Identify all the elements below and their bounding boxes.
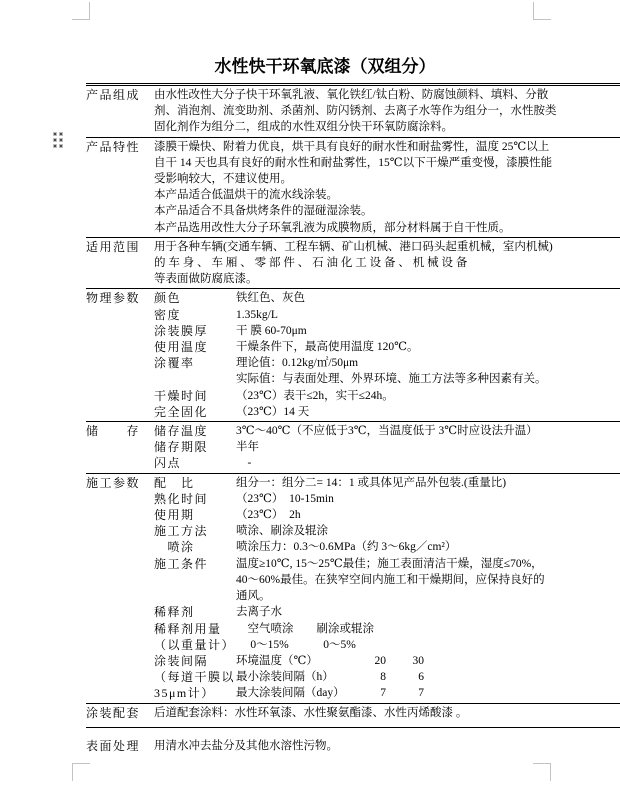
section-product-features: 产品特性漆膜干燥快、附着力优良，烘干具有良好的耐水性和耐盐雾性，温度 25℃以上…: [86, 138, 620, 238]
text-line: 固化剂作为组分二，组成的水性双组分快干环氧防腐涂料。: [154, 119, 620, 135]
param-value: 干燥条件下，最高使用温度 120℃。: [236, 339, 620, 355]
section-label: 施工参数: [86, 475, 154, 702]
param-label: 闪点: [154, 455, 236, 471]
text-line: 0～15% 0～5%: [236, 637, 620, 653]
param-row: 闪点 -: [154, 455, 620, 471]
param-value: 组分一：组分二= 14：1 或具体见产品外包装.(重量比): [236, 475, 620, 491]
param-value: 喷涂压力：0.3～0.6MPa（约 3～6kg／cm²）: [236, 539, 620, 555]
section-label: 适用范围: [86, 239, 154, 288]
section-product-composition: 产品组成由水性改性大分子快干环氧乳液、氧化铁红/钛白粉、防腐蚀颜料、填料、分散剂…: [86, 83, 620, 138]
param-value: 后道配套涂料：水性环氧漆、水性聚氨酯漆、水性丙烯酸漆 。: [154, 705, 620, 721]
interval-value: 7: [356, 685, 386, 701]
text-line: 喷涂、刷涂及辊涂: [236, 523, 620, 539]
section-application-scope: 适用范围用于各种车辆(交通车辆、工程车辆、矿山机械、港口码头起重机械，室内机械)…: [86, 238, 620, 290]
param-row: 喷涂喷涂压力：0.3～0.6MPa（约 3～6kg／cm²）: [154, 539, 620, 555]
interval-value: 8: [356, 669, 386, 685]
param-row: 熟化时间（23℃） 10-15min: [154, 491, 620, 507]
param-row: 由水性改性大分子快干环氧乳液、氧化铁红/钛白粉、防腐蚀颜料、填料、分散剂、消泡剂…: [154, 87, 620, 136]
param-label: 储存温度: [154, 423, 236, 439]
section-physical-parameters: 物理参数颜色铁红色、灰色密度1.35kg/L涂装膜厚干 膜 60-70μm使用温…: [86, 289, 620, 422]
param-row: 施工条件温度≥10℃, 15～25℃最佳；施工表面清洁干燥，湿度≤70%，40～…: [154, 556, 620, 605]
interval-row-label: 最小涂装间隔（h）: [236, 669, 356, 685]
text-line: 用于各种车辆(交通车辆、工程车辆、矿山机械、港口码头起重机械，室内机械): [154, 239, 620, 255]
section-label: 涂装配套: [86, 705, 154, 721]
param-value: 环境温度（℃）2030: [236, 653, 620, 669]
section-application-parameters: 施工参数配 比组分一：组分二= 14：1 或具体见产品外包装.(重量比)熟化时间…: [86, 474, 620, 704]
text-boundary-mark-top-right: [533, 2, 551, 20]
text-line: 空气喷涂 刷涂或辊涂: [236, 621, 620, 637]
param-row: 用于各种车辆(交通车辆、工程车辆、矿山机械、港口码头起重机械，室内机械)的 车 …: [154, 239, 620, 288]
text-line: 的 车 身 、 车 厢 、 零 部 件 、 石 油 化 工 设 备 、 机 械 …: [154, 255, 620, 271]
param-row: 储存温度3℃～40℃（不应低于3℃，当温度低于 3℃时应设法升温）: [154, 423, 620, 439]
text-line: 3℃～40℃（不应低于3℃，当温度低于 3℃时应设法升温）: [236, 423, 620, 439]
text-line: 半年: [236, 439, 620, 455]
param-label: 使用期: [154, 507, 236, 523]
text-line: 温度≥10℃, 15～25℃最佳；施工表面清洁干燥，湿度≤70%，: [236, 556, 620, 572]
param-row: （每道干膜以最小涂装间隔（h）86: [154, 669, 620, 685]
spec-table: 产品组成由水性改性大分子快干环氧乳液、氧化铁红/钛白粉、防腐蚀颜料、填料、分散剂…: [86, 83, 620, 755]
param-value: 漆膜干燥快、附着力优良，烘干具有良好的耐水性和耐盐雾性，温度 25℃以上自干 1…: [154, 139, 620, 236]
text-line: 通风。: [236, 588, 620, 604]
text-line: -: [236, 455, 620, 471]
param-label: 配 比: [154, 475, 236, 491]
param-label: 稀释剂: [154, 604, 236, 620]
text-line: 40～60%最佳。在狭窄空间内施工和干燥期间，应保持良好的: [236, 572, 620, 588]
text-line: 组分一：组分二= 14：1 或具体见产品外包装.(重量比): [236, 475, 620, 491]
param-row: 涂装间隔环境温度（℃）2030: [154, 653, 620, 669]
param-row: 密度1.35kg/L: [154, 307, 620, 323]
text-line: 剂、消泡剂、流变助剂、杀菌剂、防闪锈剂、去离子水等作为组分一，水性胺类: [154, 103, 620, 119]
param-value: （23℃） 2h: [236, 507, 620, 523]
param-value: （23℃）14 天: [236, 404, 620, 420]
param-value: 铁红色、灰色: [236, 290, 620, 306]
param-row: 储存期限半年: [154, 439, 620, 455]
param-row: 稀释剂用量 空气喷涂 刷涂或辊涂: [154, 621, 620, 637]
param-label: 施工方法: [154, 523, 236, 539]
text-line: 自干 14 天也具有良好的耐水性和耐盐雾性，15℃以下干燥严重变慢，漆膜性能: [154, 155, 620, 171]
text-line: 去离子水: [236, 604, 620, 620]
interval-row-label: 最大涂装间隔（day）: [236, 685, 356, 701]
param-row: 涂覆率理论值：0.12kg/㎡/50μm实际值：与表面处理、外界环境、施工方法等…: [154, 355, 620, 387]
param-label: 35μm计）: [154, 685, 236, 701]
param-label: （以重量计）: [154, 637, 236, 653]
param-label: 颜色: [154, 290, 236, 306]
param-row: 使用期（23℃） 2h: [154, 507, 620, 523]
param-row: 漆膜干燥快、附着力优良，烘干具有良好的耐水性和耐盐雾性，温度 25℃以上自干 1…: [154, 139, 620, 236]
param-value: 去离子水: [236, 604, 620, 620]
text-line: （23℃）表干≤2h，实干≤24h。: [236, 388, 620, 404]
param-value: 理论值：0.12kg/㎡/50μm实际值：与表面处理、外界环境、施工方法等多种因…: [236, 355, 620, 387]
interval-value: 20: [356, 653, 386, 669]
text-line: （23℃） 10-15min: [236, 491, 620, 507]
section-label: 物理参数: [86, 290, 154, 420]
section-label: 表面处理: [86, 738, 154, 754]
param-label: 涂装膜厚: [154, 323, 236, 339]
text-line: 受影响较大，不建议使用。: [154, 171, 620, 187]
param-label: 喷涂: [154, 539, 236, 555]
text-line: 本产品适合低温烘干的流水线涂装。: [154, 187, 620, 203]
section-label: 产品特性: [86, 139, 154, 236]
param-label: 使用温度: [154, 339, 236, 355]
interval-row-label: 环境温度（℃）: [236, 653, 356, 669]
text-line: 干 膜 60-70μm: [236, 323, 620, 339]
interval-value: 7: [386, 685, 424, 701]
param-row: （以重量计） 0～15% 0～5%: [154, 637, 620, 653]
param-value: 用于各种车辆(交通车辆、工程车辆、矿山机械、港口码头起重机械，室内机械)的 车 …: [154, 239, 620, 288]
param-label: 完全固化: [154, 404, 236, 420]
param-value: 0～15% 0～5%: [236, 637, 620, 653]
interval-value: 6: [386, 669, 424, 685]
param-row: 颜色铁红色、灰色: [154, 290, 620, 306]
six-dot-handle-icon[interactable]: [54, 133, 64, 148]
param-value: -: [236, 455, 620, 471]
param-value: 最大涂装间隔（day）77: [236, 685, 620, 701]
text-line: 等表面做防腐底漆。: [154, 271, 620, 287]
section-surface-treatment: 表面处理用清水冲去盐分及其他水溶性污物。: [86, 728, 620, 755]
param-value: 用清水冲去盐分及其他水溶性污物。: [154, 738, 620, 754]
text-line: 由水性改性大分子快干环氧乳液、氧化铁红/钛白粉、防腐蚀颜料、填料、分散: [154, 87, 620, 103]
text-boundary-mark-bottom-left: [72, 763, 90, 781]
param-value: 温度≥10℃, 15～25℃最佳；施工表面清洁干燥，湿度≤70%，40～60%最…: [236, 556, 620, 605]
text-line: 本产品适合不具备烘烤条件的湿碰湿涂装。: [154, 203, 620, 219]
param-row: 后道配套涂料：水性环氧漆、水性聚氨酯漆、水性丙烯酸漆 。: [154, 705, 620, 721]
text-line: （23℃）14 天: [236, 404, 620, 420]
param-value: 最小涂装间隔（h）86: [236, 669, 620, 685]
param-value: 3℃～40℃（不应低于3℃，当温度低于 3℃时应设法升温）: [236, 423, 620, 439]
text-line: 漆膜干燥快、附着力优良，烘干具有良好的耐水性和耐盐雾性，温度 25℃以上: [154, 139, 620, 155]
text-boundary-mark-top-left: [72, 2, 90, 20]
param-row: 施工方法喷涂、刷涂及辊涂: [154, 523, 620, 539]
text-line: 用清水冲去盐分及其他水溶性污物。: [154, 738, 620, 754]
param-value: 半年: [236, 439, 620, 455]
document-page: 水性快干环氧底漆（双组分） 产品组成由水性改性大分子快干环氧乳液、氧化铁红/钛白…: [0, 0, 620, 787]
param-label: 稀释剂用量: [154, 621, 236, 637]
param-row: 稀释剂去离子水: [154, 604, 620, 620]
text-line: 本产品选用改性大分子环氧乳液为成膜物质，部分材料属于自干性质。: [154, 220, 620, 236]
section-label: 储 存: [86, 423, 154, 472]
param-value: （23℃） 10-15min: [236, 491, 620, 507]
param-value: 空气喷涂 刷涂或辊涂: [236, 621, 620, 637]
param-label: （每道干膜以: [154, 669, 236, 685]
param-row: 涂装膜厚干 膜 60-70μm: [154, 323, 620, 339]
text-boundary-mark-bottom-right: [533, 763, 551, 781]
param-row: 使用温度干燥条件下，最高使用温度 120℃。: [154, 339, 620, 355]
param-label: 密度: [154, 307, 236, 323]
param-row: 用清水冲去盐分及其他水溶性污物。: [154, 738, 620, 754]
section-storage: 储 存储存温度3℃～40℃（不应低于3℃，当温度低于 3℃时应设法升温）储存期限…: [86, 422, 620, 474]
interval-value: 30: [386, 653, 424, 669]
text-line: 后道配套涂料：水性环氧漆、水性聚氨酯漆、水性丙烯酸漆 。: [154, 705, 620, 721]
param-value: 1.35kg/L: [236, 307, 620, 323]
param-value: （23℃）表干≤2h，实干≤24h。: [236, 388, 620, 404]
text-line: 实际值：与表面处理、外界环境、施工方法等多种因素有关。: [236, 371, 620, 387]
text-line: 铁红色、灰色: [236, 290, 620, 306]
text-line: 理论值：0.12kg/㎡/50μm: [236, 355, 620, 371]
param-row: 完全固化（23℃）14 天: [154, 404, 620, 420]
param-label: 涂覆率: [154, 355, 236, 387]
page-title: 水性快干环氧底漆（双组分）: [95, 56, 555, 77]
text-line: 1.35kg/L: [236, 307, 620, 323]
param-row: 配 比组分一：组分二= 14：1 或具体见产品外包装.(重量比): [154, 475, 620, 491]
param-label: 干燥时间: [154, 388, 236, 404]
text-line: 喷涂压力：0.3～0.6MPa（约 3～6kg／cm²）: [236, 539, 620, 555]
param-row: 干燥时间（23℃）表干≤2h，实干≤24h。: [154, 388, 620, 404]
text-line: 干燥条件下，最高使用温度 120℃。: [236, 339, 620, 355]
param-label: 施工条件: [154, 556, 236, 605]
param-value: 喷涂、刷涂及辊涂: [236, 523, 620, 539]
param-row: 35μm计）最大涂装间隔（day）77: [154, 685, 620, 701]
param-label: 储存期限: [154, 439, 236, 455]
param-label: 涂装间隔: [154, 653, 236, 669]
param-label: 熟化时间: [154, 491, 236, 507]
section-coating-system: 涂装配套后道配套涂料：水性环氧漆、水性聚氨酯漆、水性丙烯酸漆 。: [86, 704, 620, 728]
text-line: （23℃） 2h: [236, 507, 620, 523]
param-value: 干 膜 60-70μm: [236, 323, 620, 339]
section-label: 产品组成: [86, 87, 154, 136]
param-value: 由水性改性大分子快干环氧乳液、氧化铁红/钛白粉、防腐蚀颜料、填料、分散剂、消泡剂…: [154, 87, 620, 136]
